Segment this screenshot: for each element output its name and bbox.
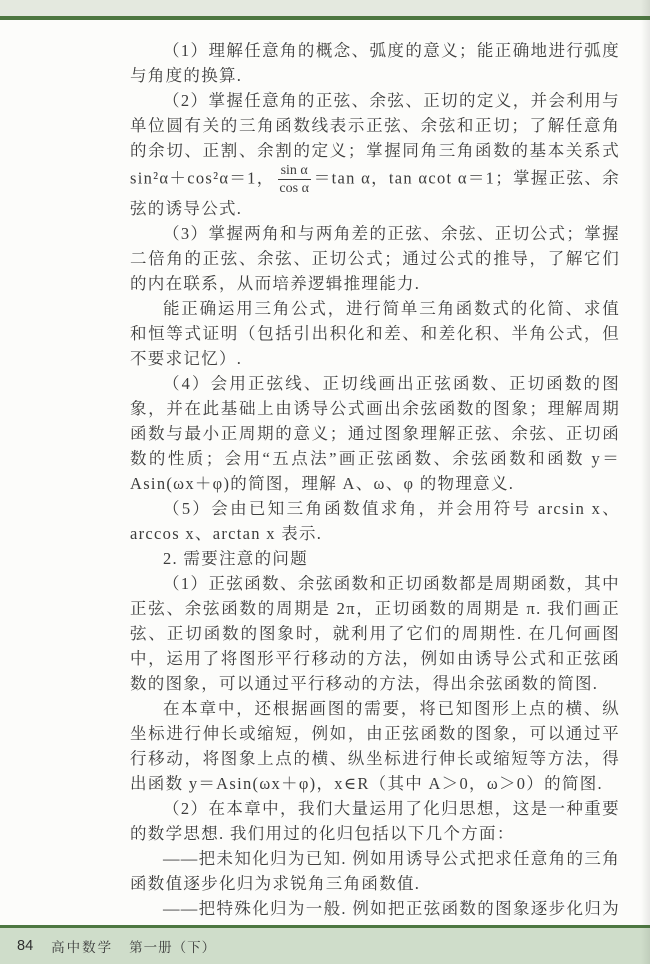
page-body-text: （1）理解任意角的概念、弧度的意义；能正确地进行弧度与角度的换算. （2）掌握任… <box>0 20 650 925</box>
fraction-numerator: sin α <box>278 163 311 180</box>
footer-bar: 84 高中数学 第一册（下） <box>0 928 650 964</box>
book-title: 高中数学 <box>51 936 113 956</box>
note-item-2: （2）在本章中，我们大量运用了化归思想，这是一种重要的数学思想. 我们用过的化归… <box>130 796 620 846</box>
page-footer: 84 高中数学 第一册（下） <box>0 925 650 964</box>
reduction-example-1: ——把未知化归为已知. 例如用诱导公式把求任意角的三角函数值逐步化归为求锐角三角… <box>130 846 620 896</box>
fraction-denominator: cos α <box>278 180 311 196</box>
volume-label: 第一册（下） <box>129 936 216 956</box>
textbook-page: （1）理解任意角的概念、弧度的意义；能正确地进行弧度与角度的换算. （2）掌握任… <box>0 0 650 964</box>
section-heading-notes: 2. 需要注意的问题 <box>130 546 620 571</box>
objective-item-3: （3）掌握两角和与两角差的正弦、余弦、正切公式；掌握二倍角的正弦、余弦、正切公式… <box>130 221 620 296</box>
objective-item-2: （2）掌握任意角的正弦、余弦、正切的定义，并会利用与单位圆有关的三角函数线表示正… <box>130 88 620 222</box>
page-number: 84 <box>17 938 33 954</box>
objective-item-1: （1）理解任意角的概念、弧度的意义；能正确地进行弧度与角度的换算. <box>130 38 620 88</box>
note-item-1: （1）正弦函数、余弦函数和正切函数都是周期函数，其中正弦、余弦函数的周期是 2π… <box>130 571 620 696</box>
reduction-example-2: ——把特殊化归为一般. 例如把正弦函数的图象逐步化归为函 <box>130 896 620 925</box>
sin-over-cos-fraction: sin αcos α <box>278 163 311 197</box>
objective-item-3-note: 能正确运用三角公式，进行简单三角函数式的化简、求值和恒等式证明（包括引出积化和差… <box>130 296 620 371</box>
objective-item-4: （4）会用正弦线、正切线画出正弦函数、正切函数的图象，并在此基础上由诱导公式画出… <box>130 371 620 496</box>
note-item-1-continued: 在本章中，还根据画图的需要，将已知图形上点的横、纵坐标进行伸长或缩短，例如，由正… <box>130 696 620 796</box>
objective-item-5: （5）会由已知三角函数值求角，并会用符号 arcsin x、arccos x、a… <box>130 496 620 546</box>
top-decoration-bar <box>0 0 650 16</box>
